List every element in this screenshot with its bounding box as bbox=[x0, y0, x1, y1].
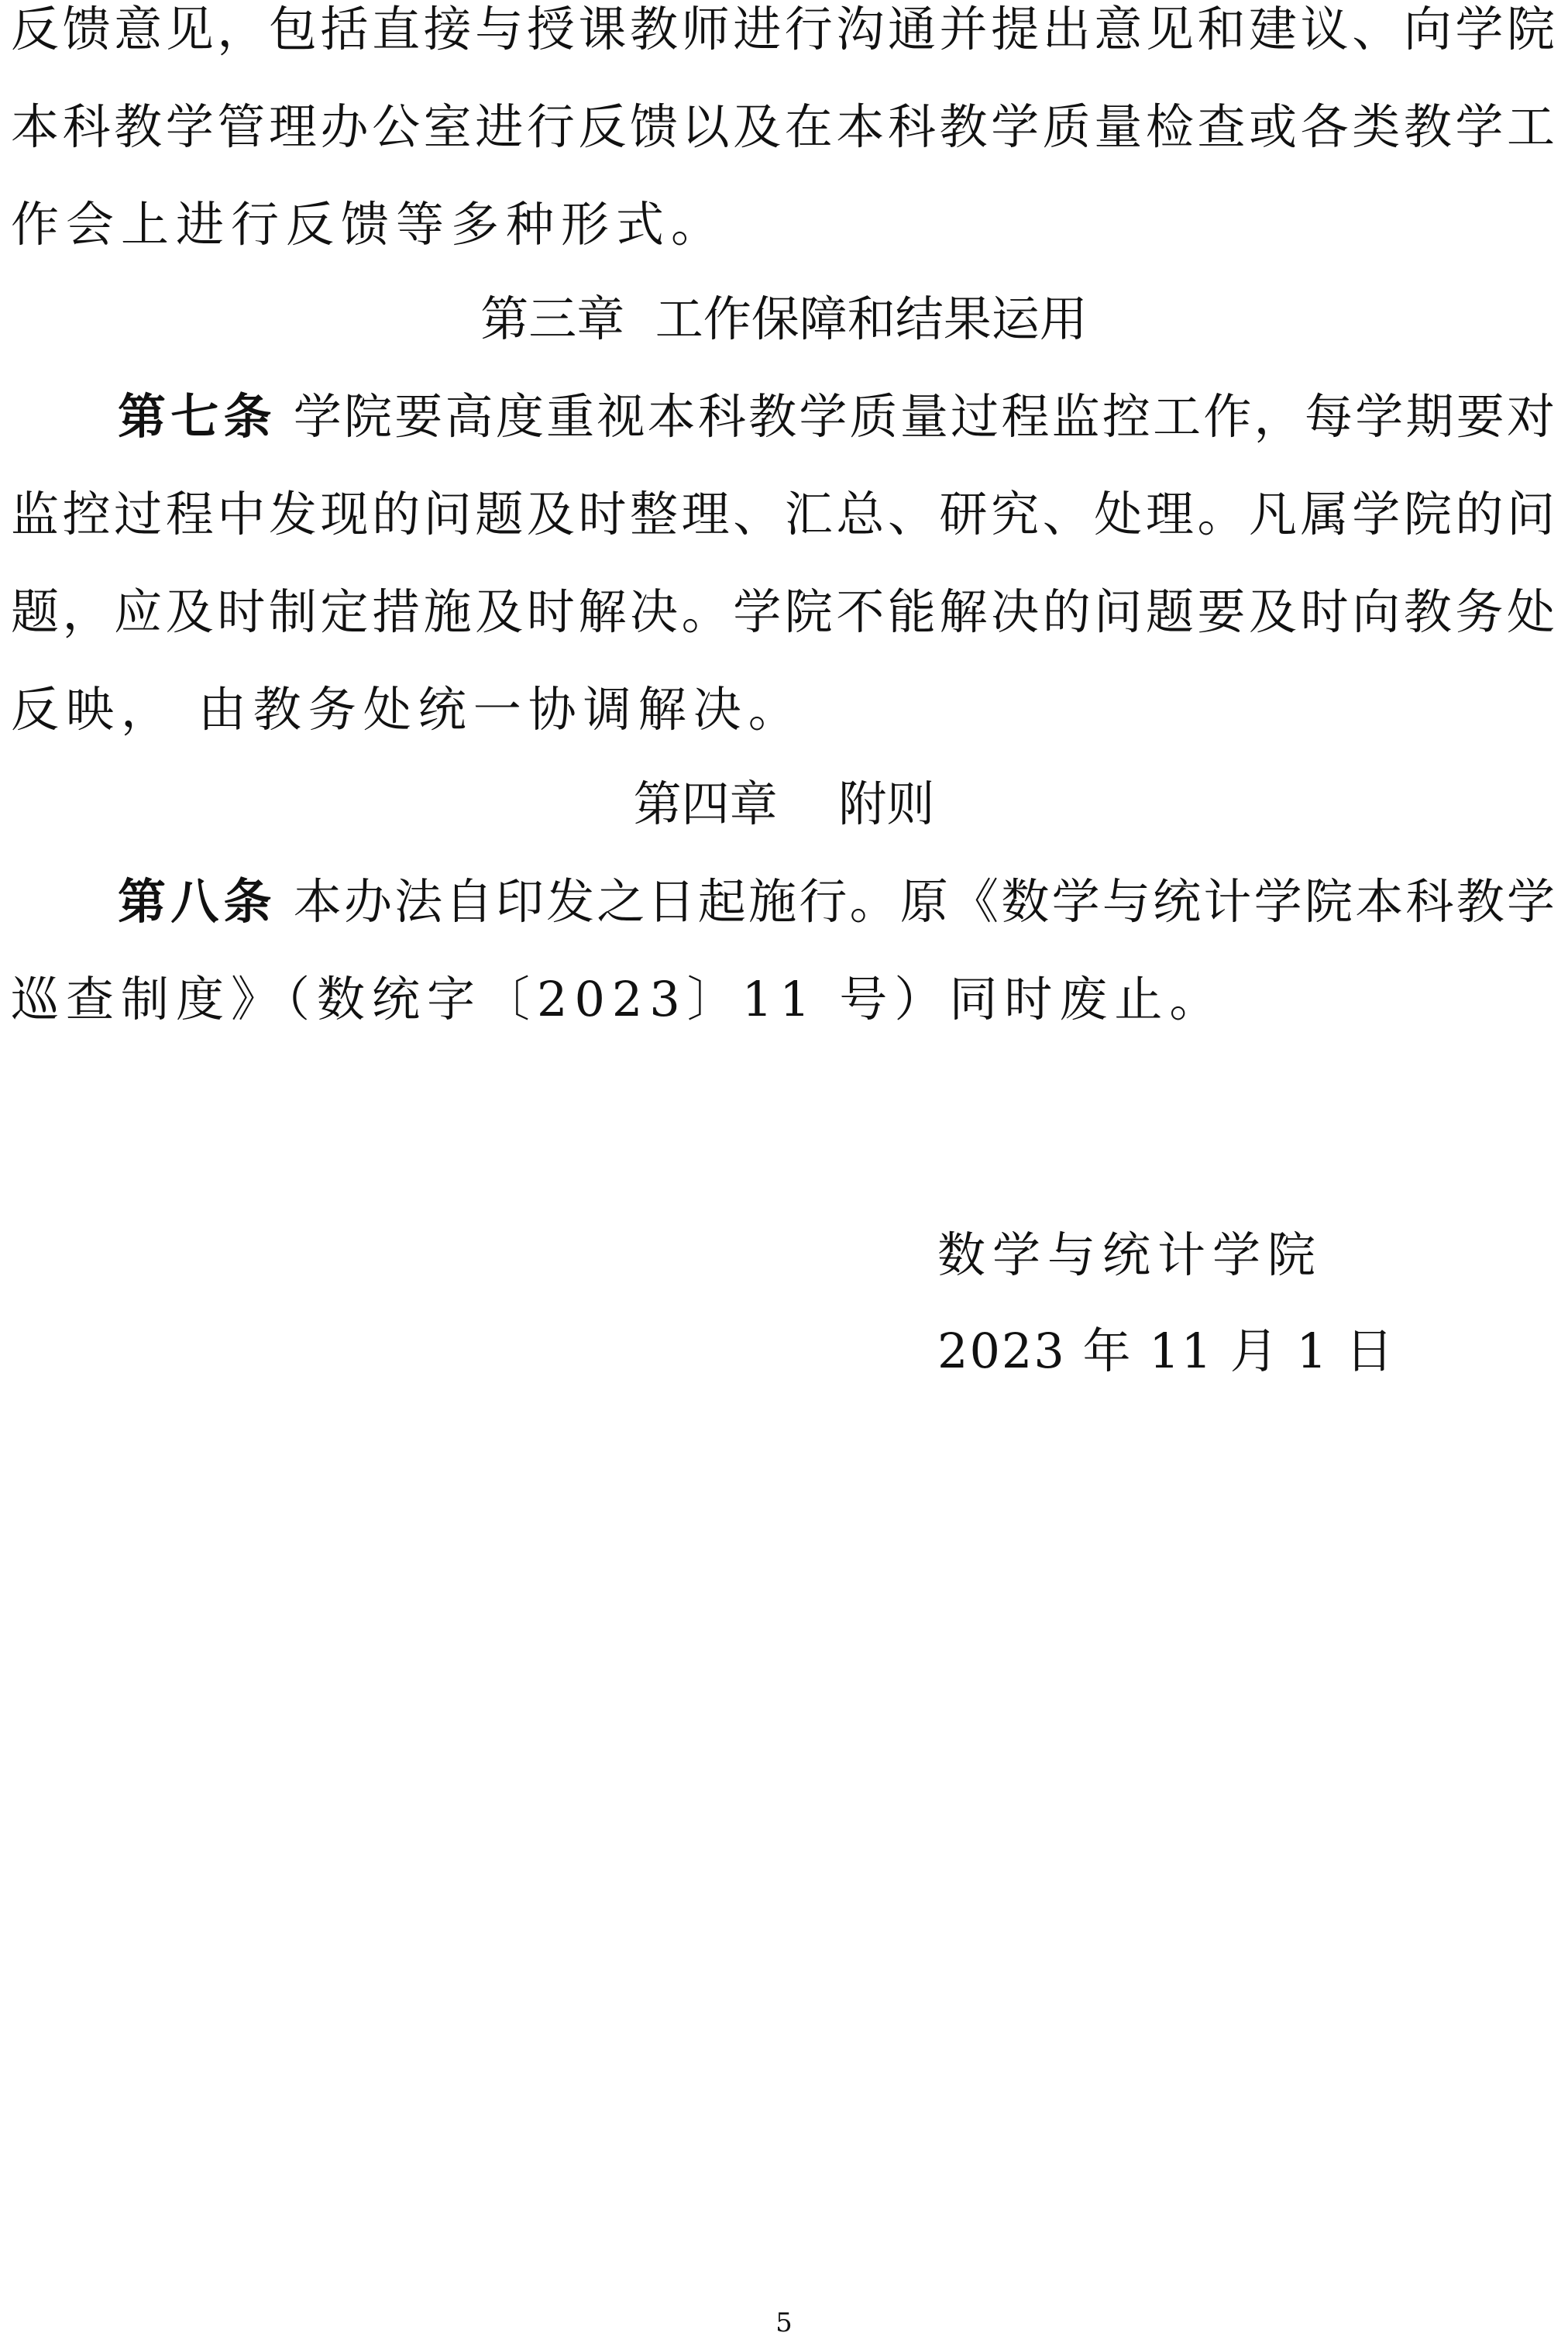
paragraph-line: 反映， 由教务处统一协调解决。 bbox=[11, 680, 1557, 739]
paragraph-line: 题，应及时制定措施及时解决。学院不能解决的问题要及时向教务处 bbox=[11, 583, 1557, 642]
page-number: 5 bbox=[0, 2307, 1568, 2338]
article-7-first-line: 第七条学院要高度重视本科教学质量过程监控工作，每学期要对 bbox=[11, 387, 1557, 446]
document-page: 反馈意见，包括直接与授课教师进行沟通并提出意见和建议、向学院 本科教学管理办公室… bbox=[0, 0, 1568, 2343]
article-8-first-line: 第八条本办法自印发之日起施行。原《数学与统计学院本科教学 bbox=[11, 872, 1557, 931]
article-8-label: 第八条 bbox=[118, 873, 277, 930]
paragraph-line: 反馈意见，包括直接与授课教师进行沟通并提出意见和建议、向学院 bbox=[11, 0, 1557, 59]
paragraph-line: 巡查制度》（数统字〔2023〕11 号）同时废止。 bbox=[11, 970, 1557, 1029]
article-8-text: 本办法自印发之日起施行。原《数学与统计学院本科教学 bbox=[294, 873, 1557, 930]
chapter-4-heading: 第四章 附则 bbox=[0, 775, 1568, 834]
article-7-text: 学院要高度重视本科教学质量过程监控工作，每学期要对 bbox=[294, 388, 1557, 445]
signature-organization: 数学与统计学院 bbox=[937, 1226, 1322, 1285]
signature-date: 2023 年 11 月 1 日 bbox=[937, 1322, 1395, 1381]
paragraph-line: 作会上进行反馈等多种形式。 bbox=[11, 195, 1557, 254]
paragraph-line: 监控过程中发现的问题及时整理、汇总、研究、处理。凡属学院的问 bbox=[11, 485, 1557, 544]
chapter-3-heading: 第三章 工作保障和结果运用 bbox=[0, 290, 1568, 349]
article-7-label: 第七条 bbox=[118, 388, 277, 445]
paragraph-line: 本科教学管理办公室进行反馈以及在本科教学质量检查或各类教学工 bbox=[11, 98, 1557, 157]
